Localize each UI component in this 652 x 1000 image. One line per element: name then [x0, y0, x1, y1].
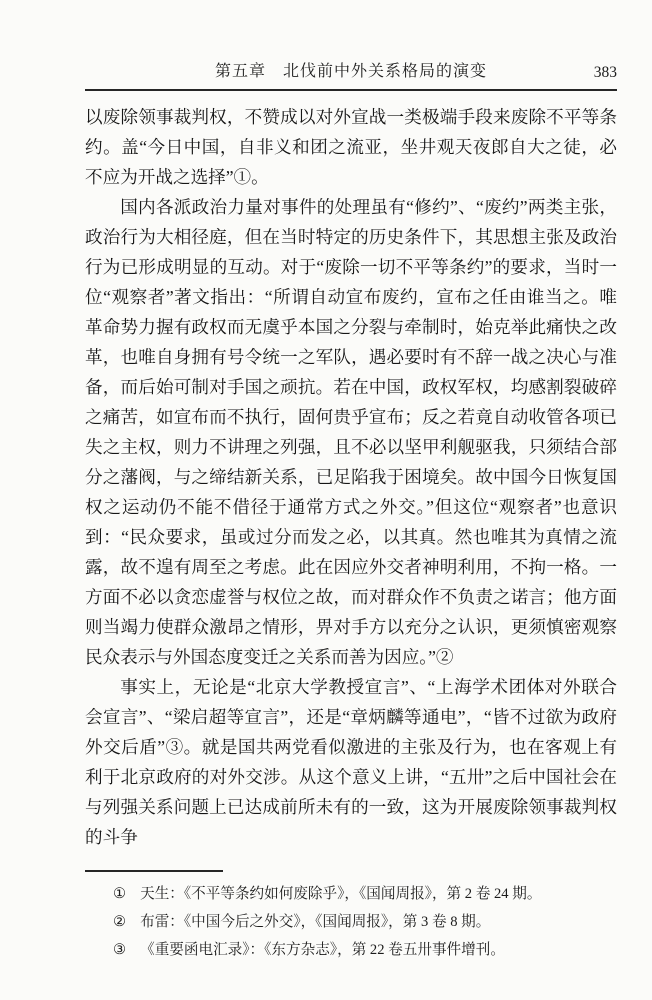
footnote-marker: ②: [113, 908, 126, 936]
footnote-text: 布雷：《中国今后之外交》，《国闻周报》，第 3 卷 8 期。: [140, 908, 617, 936]
footnote-item: ② 布雷：《中国今后之外交》，《国闻周报》，第 3 卷 8 期。: [85, 908, 617, 936]
footnote-marker: ③: [113, 936, 126, 964]
footnote-block: ① 天生：《不平等条约如何废除乎》，《国闻周报》，第 2 卷 24 期。 ② 布…: [85, 870, 617, 964]
footnote-item: ① 天生：《不平等条约如何废除乎》，《国闻周报》，第 2 卷 24 期。: [85, 880, 617, 908]
body-text: 以废除领事裁判权，不赞成以对外宣战一类极端手段来废除不平等条约。盖“今日中国，自…: [85, 102, 617, 852]
paragraph-continuation: 以废除领事裁判权，不赞成以对外宣战一类极端手段来废除不平等条约。盖“今日中国，自…: [85, 102, 617, 192]
running-head: 第五章 北伐前中外关系格局的演变 383: [85, 0, 617, 84]
footnote-text: 天生：《不平等条约如何废除乎》，《国闻周报》，第 2 卷 24 期。: [140, 880, 617, 908]
footnote-separator: [85, 870, 223, 872]
footnote-text: 《重要函电汇录》：《东方杂志》，第 22 卷五卅事件增刊。: [140, 936, 617, 964]
book-page: 第五章 北伐前中外关系格局的演变 383 以废除领事裁判权，不赞成以对外宣战一类…: [0, 0, 652, 1000]
page-number: 383: [594, 64, 617, 82]
footnote-item: ③ 《重要函电汇录》：《东方杂志》，第 22 卷五卅事件增刊。: [85, 936, 617, 964]
paragraph-observer-quote: 国内各派政治力量对事件的处理虽有“修约”、“废约”两类主张，政治行为大相径庭，但…: [85, 192, 617, 672]
footnote-marker: ①: [113, 880, 126, 908]
paragraph-conclusion: 事实上，无论是“北京大学教授宣言”、“上海学术团体对外联合会宣言”、“梁启超等宣…: [85, 672, 617, 852]
header-rule: [85, 89, 617, 91]
chapter-title: 第五章 北伐前中外关系格局的演变: [85, 58, 617, 81]
content-column: 第五章 北伐前中外关系格局的演变 383 以废除领事裁判权，不赞成以对外宣战一类…: [85, 0, 617, 964]
